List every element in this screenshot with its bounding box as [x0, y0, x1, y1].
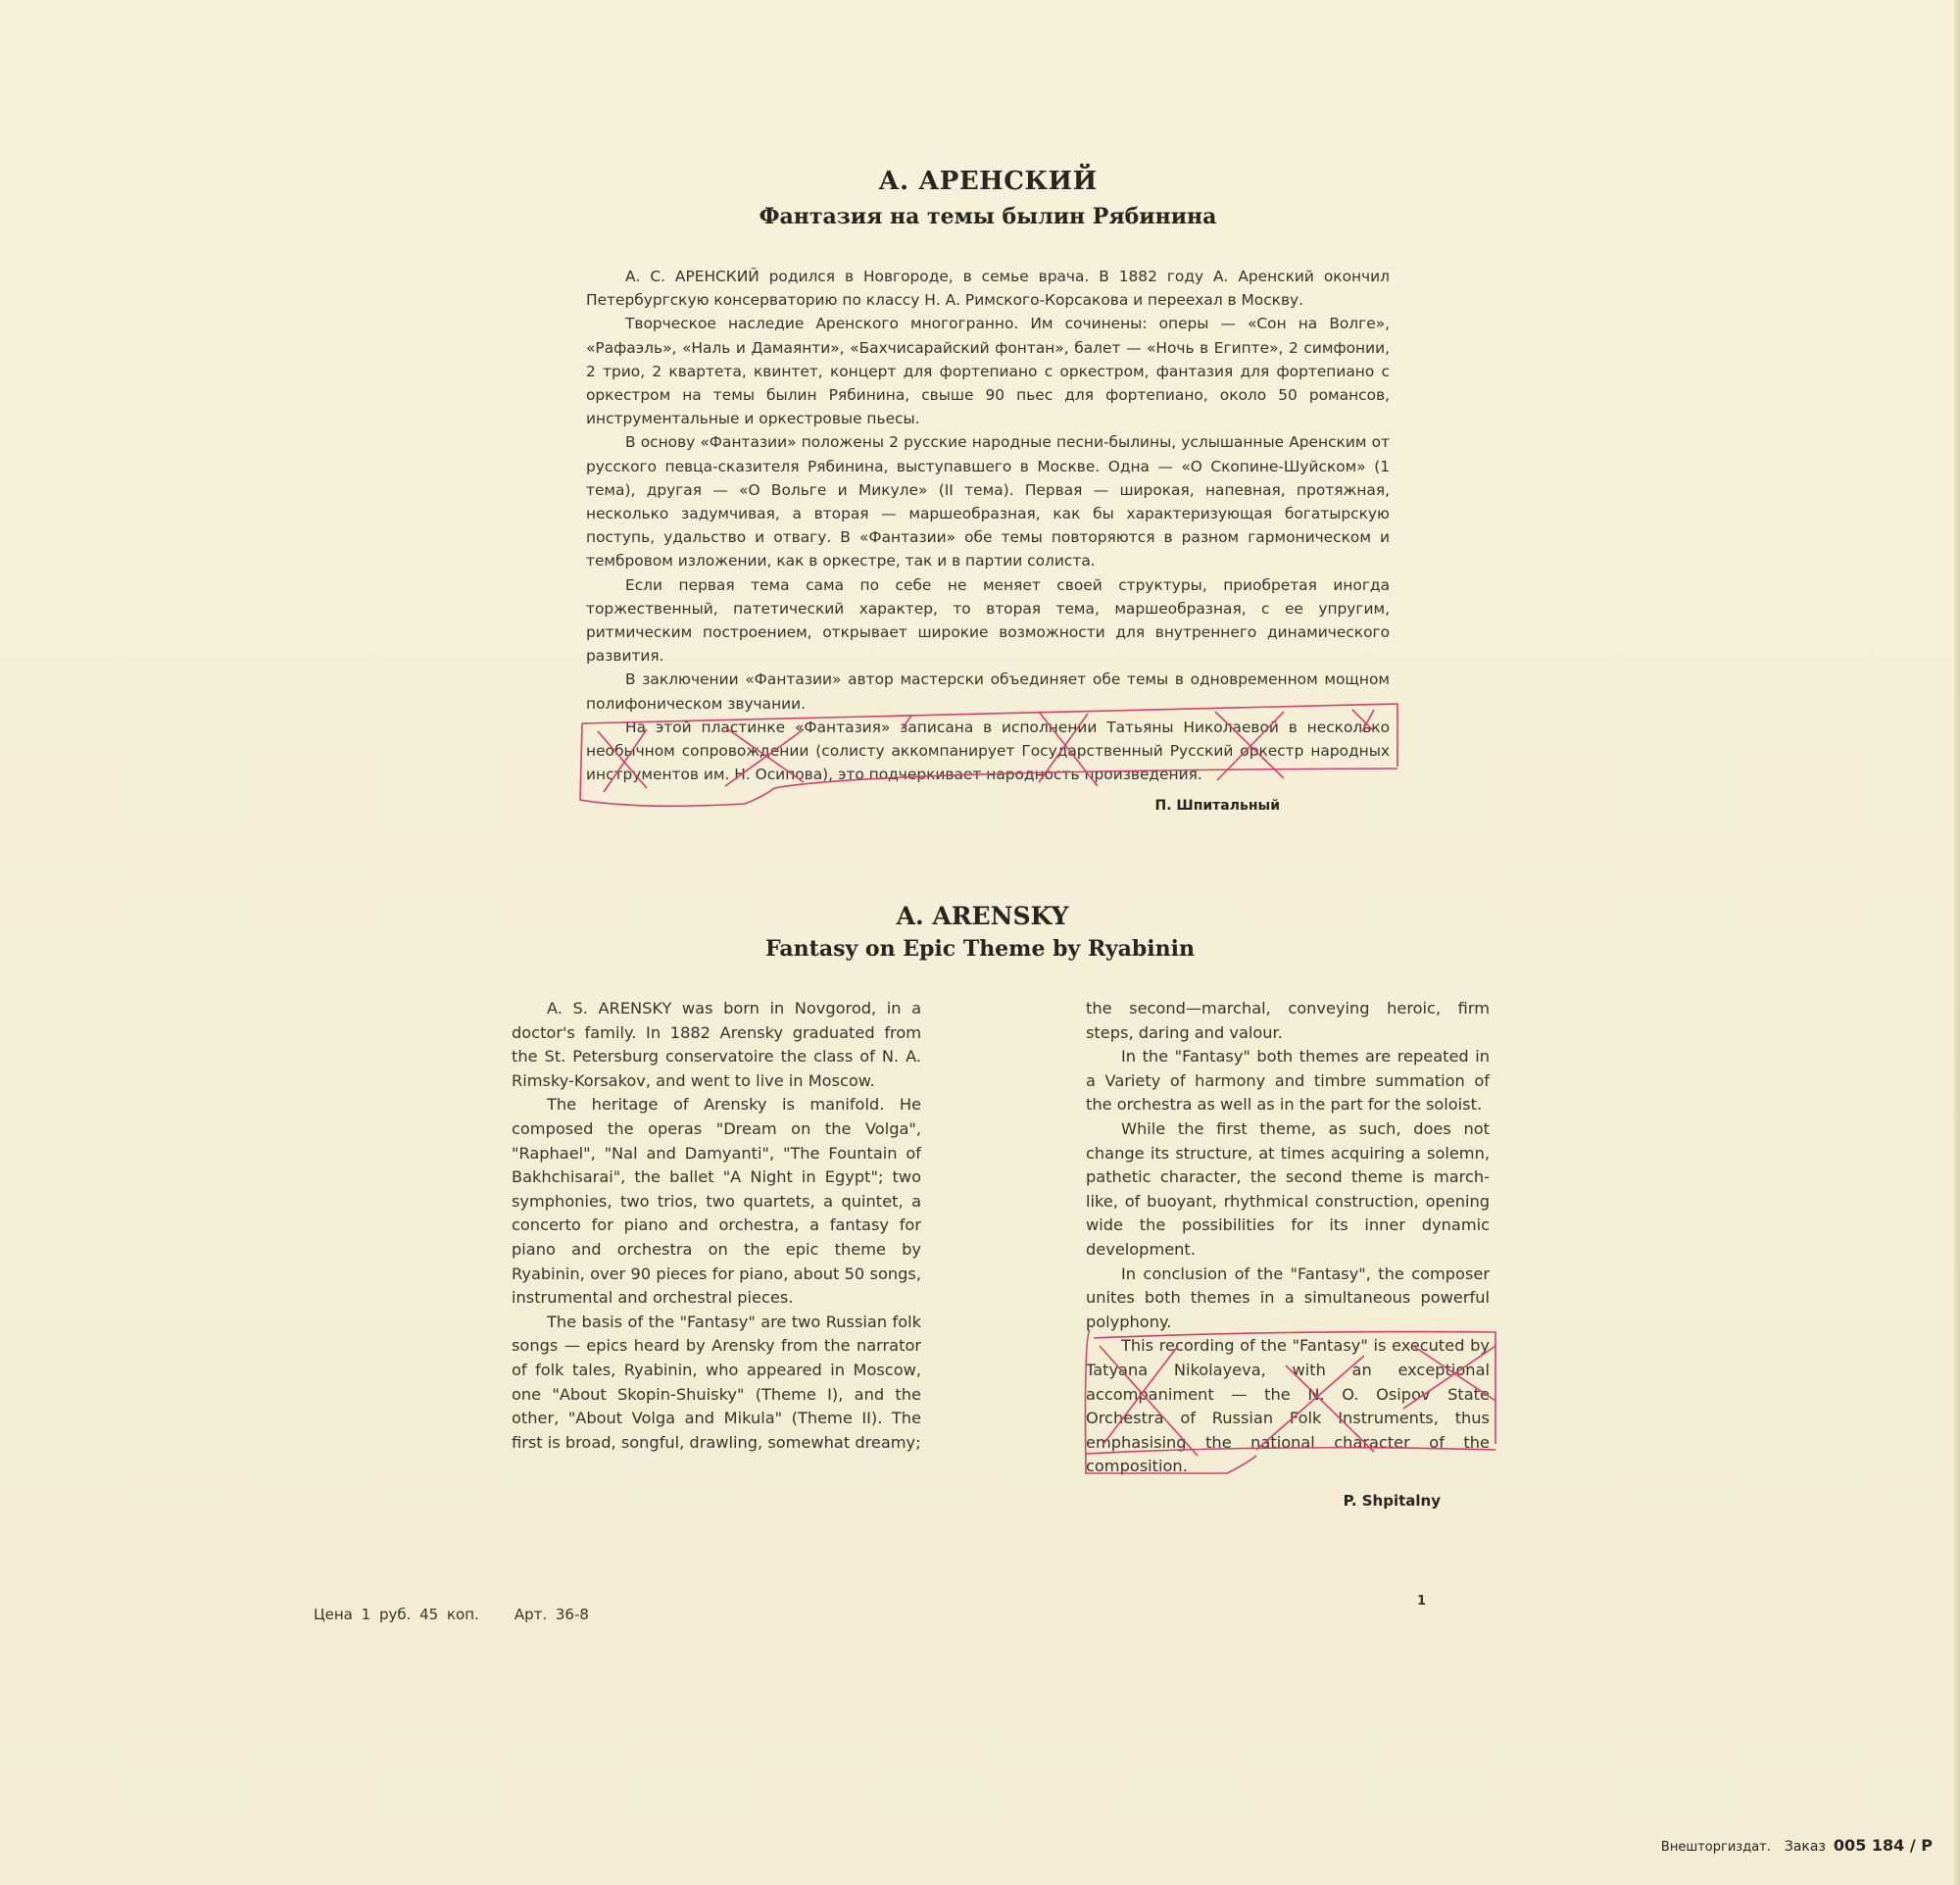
english-paragraph: A. S. ARENSKY was born in Novgorod, in a…	[512, 997, 921, 1093]
english-paragraph: The basis of the "Fantasy" are two Russi…	[512, 1311, 921, 1456]
price-label: Цена 1 руб. 45 коп.	[314, 1606, 479, 1623]
russian-struck-block: На этой пластинке «Фантазия» записана в …	[586, 716, 1390, 787]
russian-paragraph: Если первая тема сама по себе не меняет …	[586, 573, 1390, 669]
russian-paragraph: А. С. АРЕНСКИЙ родился в Новгороде, в се…	[586, 265, 1390, 312]
russian-struck-paragraph: На этой пластинке «Фантазия» записана в …	[586, 716, 1390, 787]
english-paragraph: The heritage of Arensky is manifold. He …	[512, 1093, 921, 1310]
order-number: 005 184 / Р	[1834, 1836, 1933, 1855]
english-paragraph-continuation: the second—marchal, conveying heroic, fi…	[1086, 997, 1490, 1045]
russian-subtitle: Фантазия на темы былин Рябинина	[586, 204, 1390, 229]
price-and-article: Цена 1 руб. 45 коп.Арт. 36-8	[314, 1606, 589, 1623]
english-paragraph: While the first theme, as such, does not…	[1086, 1117, 1490, 1263]
russian-section: А. АРЕНСКИЙ Фантазия на темы былин Рябин…	[586, 167, 1390, 814]
english-subtitle: Fantasy on Epic Theme by Ryabinin	[0, 936, 1960, 962]
russian-title: А. АРЕНСКИЙ	[586, 167, 1390, 196]
russian-paragraph: В основу «Фантазии» положены 2 русские н…	[586, 430, 1390, 572]
english-right-column: the second—marchal, conveying heroic, fi…	[1086, 997, 1490, 1513]
page-number: 1	[1417, 1594, 1426, 1609]
english-struck-block: This recording of the "Fantasy" is execu…	[1086, 1334, 1490, 1479]
russian-paragraph: В заключении «Фантазии» автор мастерски …	[586, 668, 1390, 715]
russian-signature: П. Шпитальный	[586, 798, 1390, 814]
russian-paragraph: Творческое наследие Аренского многогранн…	[586, 312, 1390, 430]
publisher-name: Внешторгиздат.	[1661, 1840, 1771, 1855]
record-sleeve-page: А. АРЕНСКИЙ Фантазия на темы былин Рябин…	[0, 0, 1960, 1885]
english-paragraph: In the "Fantasy" both themes are repeate…	[1086, 1045, 1490, 1117]
english-left-column: A. S. ARENSKY was born in Novgorod, in a…	[512, 997, 921, 1455]
russian-body: А. С. АРЕНСКИЙ родился в Новгороде, в се…	[586, 265, 1390, 786]
publisher-info: Внешторгиздат.Заказ005 184 / Р	[1661, 1836, 1933, 1855]
english-paragraph: In conclusion of the "Fantasy", the comp…	[1086, 1263, 1490, 1335]
english-struck-paragraph: This recording of the "Fantasy" is execu…	[1086, 1334, 1490, 1479]
english-heading: A. ARENSKY Fantasy on Epic Theme by Ryab…	[0, 902, 1960, 962]
english-title: A. ARENSKY	[5, 902, 1960, 930]
english-signature: P. Shpitalny	[1086, 1489, 1490, 1513]
article-number: Арт. 36-8	[514, 1606, 589, 1623]
order-label: Заказ	[1785, 1839, 1826, 1855]
